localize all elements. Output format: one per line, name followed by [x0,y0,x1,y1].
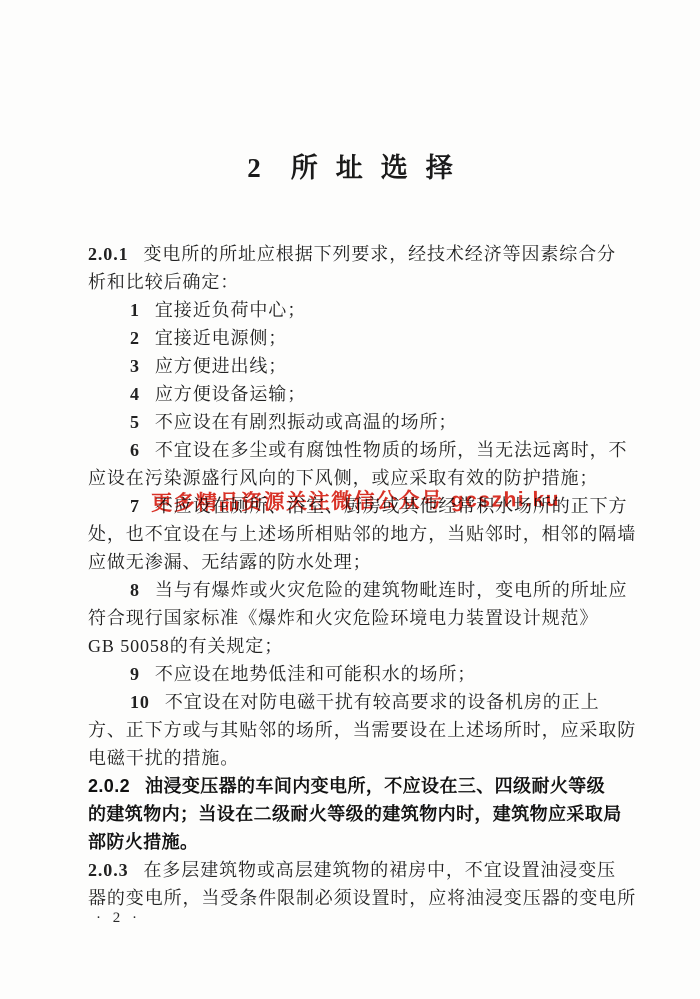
clause-text: 油浸变压器的车间内变电所，不应设在三、四级耐火等级 [145,776,605,796]
list-item-3: 3应方便进出线； [88,352,622,380]
item-number: 4 [130,384,140,404]
list-item-4: 4应方便设备运输； [88,380,622,408]
clause-2.0.2-line-2: 的建筑物内；当设在二级耐火等级的建筑物内时，建筑物应采取局 [88,800,622,828]
list-item-8-line-1: 8当与有爆炸或火灾危险的建筑物毗连时，变电所的所址应 [88,576,622,604]
item-number: 8 [130,580,140,600]
chapter-number: 2 [247,153,261,183]
watermark: 更多精品资源关注微信公众号 gcszhi.ku [151,483,560,517]
item-text: 当与有爆炸或火灾危险的建筑物毗连时，变电所的所址应 [155,580,628,600]
item-text: 处，也不宜设在与上述场所相贴邻的地方，当贴邻时，相邻的隔墙 [88,524,636,544]
list-item-1: 1宜接近负荷中心； [88,296,622,324]
clause-2.0.1-line-2: 析和比较后确定： [88,268,622,296]
clause-text: 器的变电所，当受条件限制必须设置时，应将油浸变压器的变电所 [88,888,636,908]
clause-2.0.3-line-2: 器的变电所，当受条件限制必须设置时，应将油浸变压器的变电所 [88,884,622,912]
item-text: 不宜设在对防电磁干扰有较高要求的设备机房的正上 [165,692,600,712]
item-text: GB 50058的有关规定； [88,636,283,656]
item-text: 不宜设在多尘或有腐蚀性物质的场所，当无法远离时，不 [155,440,628,460]
item-text: 电磁干扰的措施。 [88,748,239,768]
list-item-8-line-2: 符合现行国家标准《爆炸和火灾危险环境电力装置设计规范》 [88,604,622,632]
clause-2.0.2-line-3: 部防火措施。 [88,828,622,856]
clause-text: 的建筑物内；当设在二级耐火等级的建筑物内时，建筑物应采取局 [88,804,622,824]
item-number: 5 [130,412,140,432]
item-text: 不应设在地势低洼和可能积水的场所； [155,664,476,684]
item-number: 7 [130,496,140,516]
list-item-7-line-3: 应做无渗漏、无结露的防水处理； [88,548,622,576]
clause-text: 析和比较后确定： [88,272,239,292]
list-item-10-line-2: 方、正下方或与其贴邻的场所，当需要设在上述场所时，应采取防 [88,716,622,744]
item-number: 3 [130,356,140,376]
clause-number: 2.0.1 [88,244,129,264]
page-number: · 2 · [96,910,141,927]
clause-number: 2.0.3 [88,860,129,880]
item-text: 符合现行国家标准《爆炸和火灾危险环境电力装置设计规范》 [88,608,598,628]
item-text: 宜接近负荷中心； [155,300,306,320]
clause-text: 部防火措施。 [88,832,198,852]
clause-2.0.1-line-1: 2.0.1变电所的所址应根据下列要求，经技术经济等因素综合分 [88,240,622,268]
list-item-9: 9不应设在地势低洼和可能积水的场所； [88,660,622,688]
list-item-6-line-1: 6不宜设在多尘或有腐蚀性物质的场所，当无法远离时，不 [88,436,622,464]
item-number: 2 [130,328,140,348]
page-title: 2所址选择 [0,146,700,185]
clause-text: 在多层建筑物或高层建筑物的裙房中，不宜设置油浸变压 [144,860,617,880]
list-item-5: 5不应设在有剧烈振动或高温的场所； [88,408,622,436]
clause-text: 变电所的所址应根据下列要求，经技术经济等因素综合分 [144,244,617,264]
item-text: 应方便进出线； [155,356,287,376]
item-number: 9 [130,664,140,684]
list-item-8-line-3: GB 50058的有关规定； [88,632,622,660]
item-text: 应做无渗漏、无结露的防水处理； [88,552,372,572]
chapter-title-text: 所址选择 [291,153,471,183]
list-item-7-line-2: 处，也不宜设在与上述场所相贴邻的地方，当贴邻时，相邻的隔墙 [88,520,622,548]
clause-2.0.3-line-1: 2.0.3在多层建筑物或高层建筑物的裙房中，不宜设置油浸变压 [88,856,622,884]
document-page: 2所址选择 2.0.1变电所的所址应根据下列要求，经技术经济等因素综合分 析和比… [0,0,700,999]
item-number: 6 [130,440,140,460]
item-text: 不应设在有剧烈振动或高温的场所； [155,412,457,432]
clause-text-block: 2.0.1变电所的所址应根据下列要求，经技术经济等因素综合分 析和比较后确定： … [88,240,622,912]
clause-number: 2.0.2 [88,776,130,796]
item-text: 宜接近电源侧； [155,328,287,348]
item-text: 应方便设备运输； [155,384,306,404]
list-item-2: 2宜接近电源侧； [88,324,622,352]
clause-2.0.2-line-1: 2.0.2油浸变压器的车间内变电所，不应设在三、四级耐火等级 [88,772,622,800]
list-item-10-line-3: 电磁干扰的措施。 [88,744,622,772]
item-text: 方、正下方或与其贴邻的场所，当需要设在上述场所时，应采取防 [88,720,636,740]
list-item-10-line-1: 10不宜设在对防电磁干扰有较高要求的设备机房的正上 [88,688,622,716]
item-number: 1 [130,300,140,320]
item-number: 10 [130,692,150,712]
watermark-text: 更多精品资源关注微信公众号 gcszhi.ku [151,488,560,515]
